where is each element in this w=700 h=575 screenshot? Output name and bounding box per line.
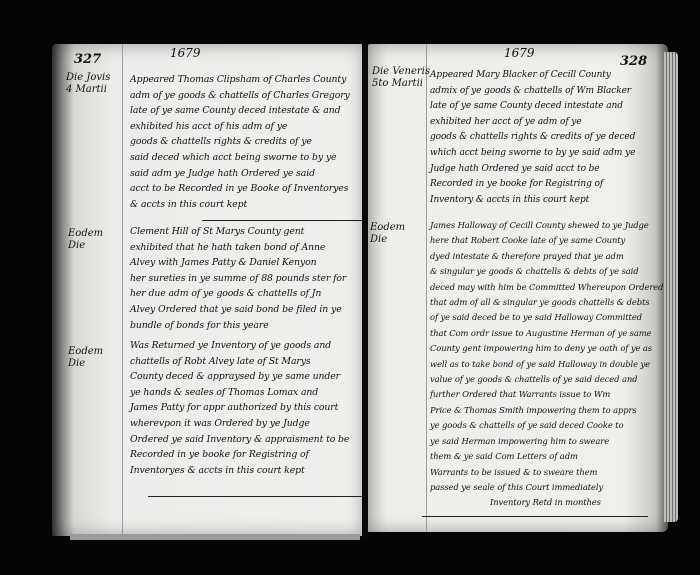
year-header: 1679 xyxy=(170,46,201,60)
page-edges xyxy=(664,52,678,522)
margin-note: Eodem Die xyxy=(370,222,432,246)
page-bottom-edge xyxy=(70,534,360,540)
entry-text: Appeared Thomas Clipsham of Charles Coun… xyxy=(130,72,350,212)
entry-divider xyxy=(422,516,648,517)
margin-note: Eodem Die xyxy=(68,228,130,252)
entry-text: James Halloway of Cecill County shewed t… xyxy=(430,218,663,511)
margin-note: Die Veneris 5to Martii xyxy=(372,66,434,90)
right-page: 1679 328 Die Veneris 5to Martii Appeared… xyxy=(368,44,668,532)
entry-text: Clement Hill of St Marys County gent exh… xyxy=(130,224,346,333)
margin-rule xyxy=(426,44,427,532)
entry-divider xyxy=(148,496,364,497)
year-header: 1679 xyxy=(504,46,535,60)
entry-text: Was Returned ye Inventory of ye goods an… xyxy=(130,338,349,478)
margin-note: Die Jovis 4 Martii xyxy=(66,72,128,96)
entry-divider xyxy=(202,220,364,221)
folio-number: 327 xyxy=(74,52,101,67)
left-page: 327 1679 Die Jovis 4 Martii Appeared Tho… xyxy=(52,44,364,536)
margin-rule xyxy=(122,44,123,536)
folio-number: 328 xyxy=(620,54,647,69)
scanned-book-spread: 327 1679 Die Jovis 4 Martii Appeared Tho… xyxy=(0,0,700,575)
margin-note: Eodem Die xyxy=(68,346,130,370)
entry-text: Appeared Mary Blacker of Cecill County a… xyxy=(430,68,635,208)
